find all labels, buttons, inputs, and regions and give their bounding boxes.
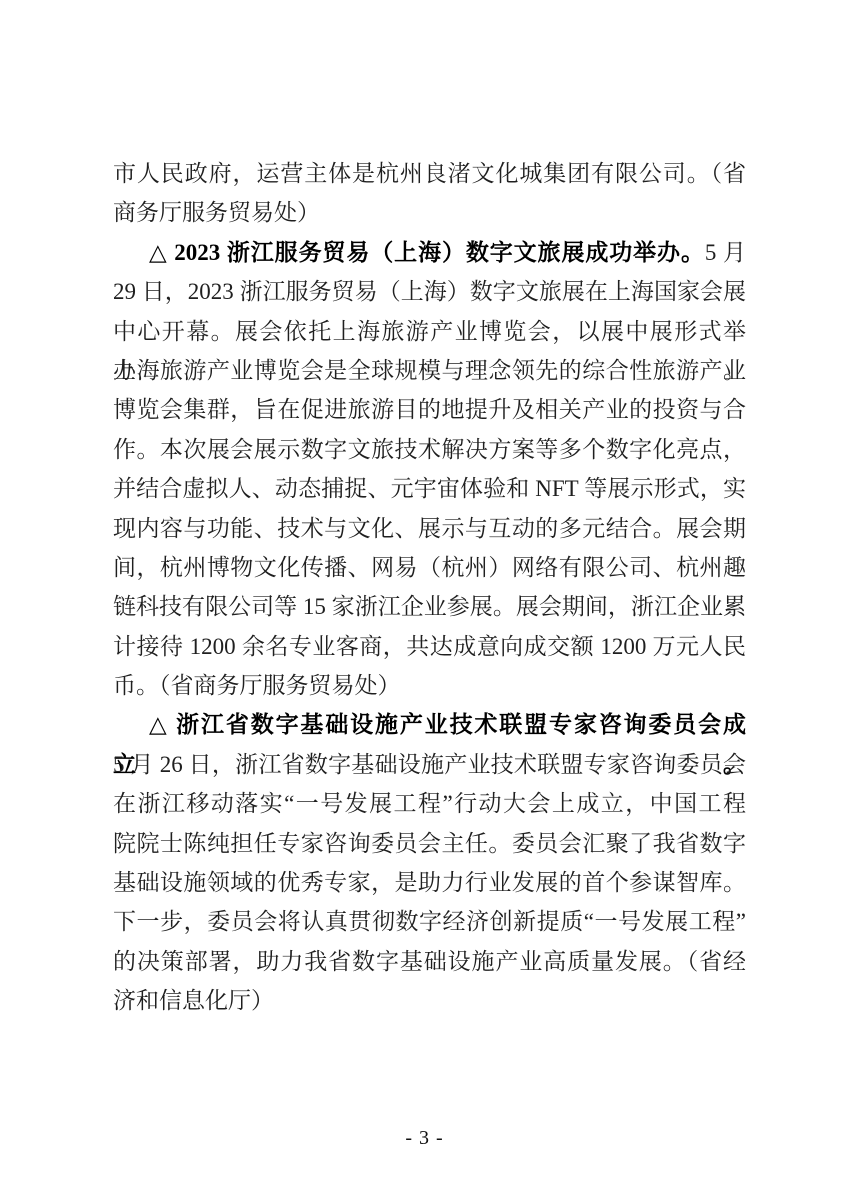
text-line: 院院士陈纯担任专家咨询委员会主任。委员会汇聚了我省数字 [113,824,746,863]
text-line: 商务厅服务贸易处） [113,193,746,232]
text-line: 现内容与功能、技术与文化、展示与互动的多元结合。展会期 [113,509,746,548]
body-text: 并结合虚拟人、动态捕捉、元宇宙体验和 NFT 等展示形式，实 [113,476,746,501]
headline-bold-text: △ 2023 浙江服务贸易（上海）数字文旅展成功举办。 [149,240,705,265]
headline-line: △ 浙江省数字基础设施产业技术联盟专家咨询委员会成立。 [113,705,746,744]
text-line: 基础设施领域的优秀专家，是助力行业发展的首个参谋智库。 [113,863,746,902]
body-text: 院院士陈纯担任专家咨询委员会主任。委员会汇聚了我省数字 [113,831,746,856]
body-text: 现内容与功能、技术与文化、展示与互动的多元结合。展会期 [113,516,746,541]
body-text: 基础设施领域的优秀专家，是助力行业发展的首个参谋智库。 [113,870,746,895]
body-text: 5 月 [705,240,746,265]
text-line: 下一步，委员会将认真贯彻数字经济创新提质“一号发展工程” [113,902,746,941]
document-page: 市人民政府，运营主体是杭州良渚文化城集团有限公司。（省商务厅服务贸易处）△ 20… [0,0,849,1200]
text-line: 市人民政府，运营主体是杭州良渚文化城集团有限公司。（省 [113,154,746,193]
document-body: 市人民政府，运营主体是杭州良渚文化城集团有限公司。（省商务厅服务贸易处）△ 20… [113,154,746,1021]
body-text: 商务厅服务贸易处） [113,200,320,225]
body-text: 下一步，委员会将认真贯彻数字经济创新提质“一号发展工程” [113,909,746,934]
body-text: 29 日，2023 浙江服务贸易（上海）数字文旅展在上海国家会展 [113,279,746,304]
text-line: 币。（省商务厅服务贸易处） [113,666,746,705]
text-line: 上海旅游产业博览会是全球规模与理念领先的综合性旅游产业 [113,351,746,390]
body-text: 币。（省商务厅服务贸易处） [113,673,401,698]
text-line: 链科技有限公司等 15 家浙江企业参展。展会期间，浙江企业累 [113,587,746,626]
body-text: 博览会集群，旨在促进旅游目的地提升及相关产业的投资与合 [113,397,746,422]
body-text: 5 月 26 日，浙江省数字基础设施产业技术联盟专家咨询委员会 [113,752,746,777]
body-text: 计接待 1200 余名专业客商，共达成意向成交额 1200 万元人民 [113,634,746,659]
body-text: 市人民政府，运营主体是杭州良渚文化城集团有限公司。（省 [113,161,746,186]
body-text: 上海旅游产业博览会是全球规模与理念领先的综合性旅游产业 [113,358,746,383]
text-line: 计接待 1200 余名专业客商，共达成意向成交额 1200 万元人民 [113,627,746,666]
text-line: 间，杭州博物文化传播、网易（杭州）网络有限公司、杭州趣 [113,548,746,587]
body-text: 链科技有限公司等 15 家浙江企业参展。展会期间，浙江企业累 [113,594,746,619]
text-line: 在浙江移动落实“一号发展工程”行动大会上成立，中国工程 [113,784,746,823]
text-line: 的决策部署，助力我省数字基础设施产业高质量发展。（省经 [113,942,746,981]
text-line: 作。本次展会展示数字文旅技术解决方案等多个数字化亮点， [113,430,746,469]
body-text: 济和信息化厅） [113,988,274,1013]
text-line: 博览会集群，旨在促进旅游目的地提升及相关产业的投资与合 [113,390,746,429]
text-line: 并结合虚拟人、动态捕捉、元宇宙体验和 NFT 等展示形式，实 [113,469,746,508]
text-line: 中心开幕。展会依托上海旅游产业博览会，以展中展形式举办。 [113,312,746,351]
page-number: - 3 - [0,1124,849,1152]
text-line: 济和信息化厅） [113,981,746,1020]
body-text: 的决策部署，助力我省数字基础设施产业高质量发展。（省经 [113,949,746,974]
headline-line: △ 2023 浙江服务贸易（上海）数字文旅展成功举办。5 月 [113,233,746,272]
body-text: 间，杭州博物文化传播、网易（杭州）网络有限公司、杭州趣 [113,555,746,580]
text-line: 5 月 26 日，浙江省数字基础设施产业技术联盟专家咨询委员会 [113,745,746,784]
body-text: 作。本次展会展示数字文旅技术解决方案等多个数字化亮点， [113,437,746,462]
body-text: 在浙江移动落实“一号发展工程”行动大会上成立，中国工程 [113,791,746,816]
text-line: 29 日，2023 浙江服务贸易（上海）数字文旅展在上海国家会展 [113,272,746,311]
